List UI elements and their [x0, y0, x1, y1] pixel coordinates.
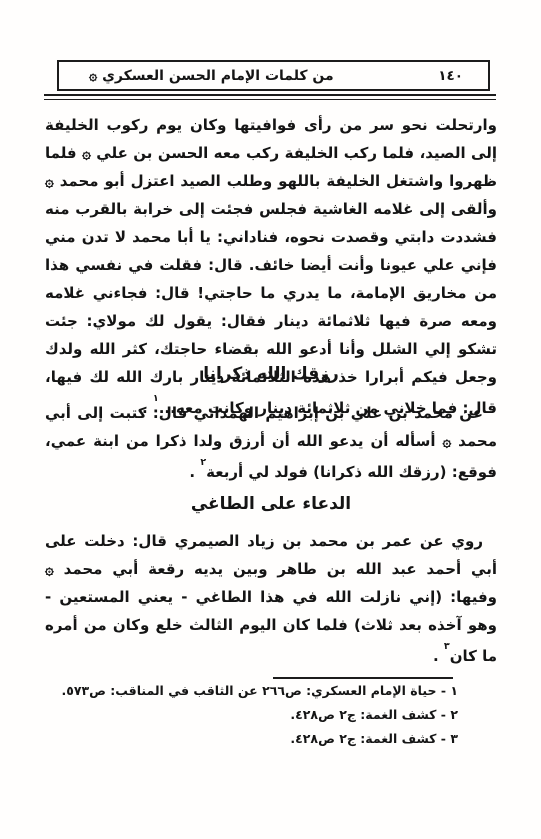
footnotes-block: ١ - حياة الإمام العسكري: ص٢٦٦ عن الثاقب …: [45, 677, 497, 751]
footnote-3: ٣ - كشف الغمة: ج٢ ص٤٢٨.: [45, 727, 458, 751]
header-double-rule: [44, 94, 496, 100]
section-heading-rizq: رزقك الله ذكرانا: [45, 364, 497, 384]
footnote-marker-3: ٣: [444, 641, 450, 652]
footnote-marker-2: ٢: [200, 457, 206, 468]
page-number: ١٤٠: [438, 68, 463, 84]
book-page: ١٤٠ من كلمات الإمام الحسن العسكري ۞ وارت…: [0, 0, 541, 839]
paragraph-text: روي عن عمر بن محمد بن زياد الصيمري قال: …: [45, 532, 497, 665]
paragraph-tail: .: [189, 463, 195, 481]
footnote-1: ١ - حياة الإمام العسكري: ص٢٦٦ عن الثاقب …: [45, 679, 458, 703]
section-heading-dua: الدعاء على الطاغي: [45, 494, 497, 514]
page-header: ١٤٠ من كلمات الإمام الحسن العسكري ۞: [57, 60, 490, 91]
header-title: من كلمات الإمام الحسن العسكري ۞: [89, 68, 334, 84]
body-paragraph-3: روي عن عمر بن محمد بن زياد الصيمري قال: …: [45, 527, 497, 670]
paragraph-text: عن محمد بن علي بن إبراهيم الهمداني قال: …: [45, 404, 497, 481]
body-paragraph-2: عن محمد بن علي بن إبراهيم الهمداني قال: …: [45, 399, 497, 486]
paragraph-tail: .: [433, 647, 439, 665]
footnote-2: ٢ - كشف الغمة: ج٢ ص٤٢٨.: [45, 703, 458, 727]
